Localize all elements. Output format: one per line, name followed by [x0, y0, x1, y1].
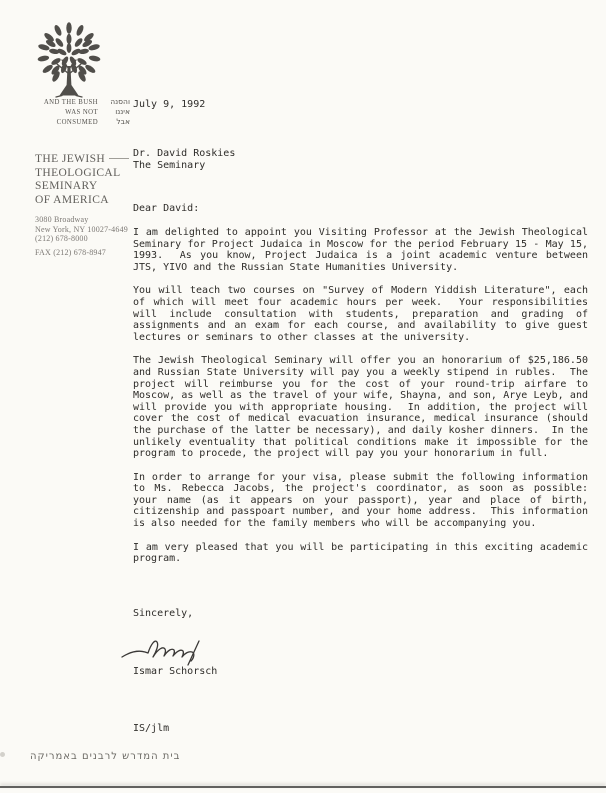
address-block: 3080 Broadway New York, NY 10027-4649 (2…: [35, 215, 145, 257]
caption-english: CONSUMED: [24, 118, 98, 127]
closing: Sincerely,: [133, 608, 193, 620]
scan-edge-line: [0, 786, 606, 788]
paragraph: I am delighted to appoint you Visiting P…: [133, 227, 588, 273]
org-name-line: THEOLOGICAL: [35, 167, 135, 181]
org-name-line: SEMINARY: [35, 180, 135, 194]
footer-hebrew-text: בית המדרש לרבנים באמריקה: [30, 751, 180, 762]
reference-initials: IS/jlm: [133, 723, 169, 735]
paragraph: You will teach two courses on "Survey of…: [133, 285, 588, 343]
caption-english: WAS NOT: [24, 108, 98, 117]
scan-smudge: [0, 752, 5, 757]
signature-name: Ismar Schorsch: [133, 666, 217, 678]
address-line: New York, NY 10027-4649: [35, 225, 145, 235]
org-name-line: OF AMERICA: [35, 194, 135, 208]
organization-name: THE JEWISH THEOLOGICAL SEMINARY OF AMERI…: [35, 153, 135, 207]
caption-hebrew: והסנה: [98, 97, 130, 106]
caption-hebrew: אבל: [98, 117, 130, 126]
caption-hebrew: איננו: [98, 107, 130, 116]
letter-date: July 9, 1992: [133, 99, 205, 111]
burning-bush-logo-icon: [28, 20, 110, 98]
org-name-line: THE JEWISH: [35, 153, 135, 167]
letter-page: AND THE BUSH והסנה WAS NOT איננו CONSUME…: [0, 0, 606, 793]
recipient-name: Dr. David Roskies: [133, 148, 235, 160]
paragraph: I am very pleased that you will be parti…: [133, 542, 588, 565]
letter-body: I am delighted to appoint you Visiting P…: [133, 227, 588, 577]
caption-english: AND THE BUSH: [24, 98, 98, 107]
fax-line: FAX (212) 678-8947: [35, 248, 145, 258]
address-line: 3080 Broadway: [35, 215, 145, 225]
recipient-block: Dr. David Roskies The Seminary: [133, 148, 235, 171]
salutation: Dear David:: [133, 203, 199, 215]
logo-caption: AND THE BUSH והסנה WAS NOT איננו CONSUME…: [24, 97, 136, 127]
letterhead-rule: [109, 158, 129, 159]
recipient-address: The Seminary: [133, 160, 235, 172]
paragraph: In order to arrange for your visa, pleas…: [133, 472, 588, 530]
address-line: (212) 678-8000: [35, 234, 145, 244]
paragraph: The Jewish Theological Seminary will off…: [133, 355, 588, 459]
